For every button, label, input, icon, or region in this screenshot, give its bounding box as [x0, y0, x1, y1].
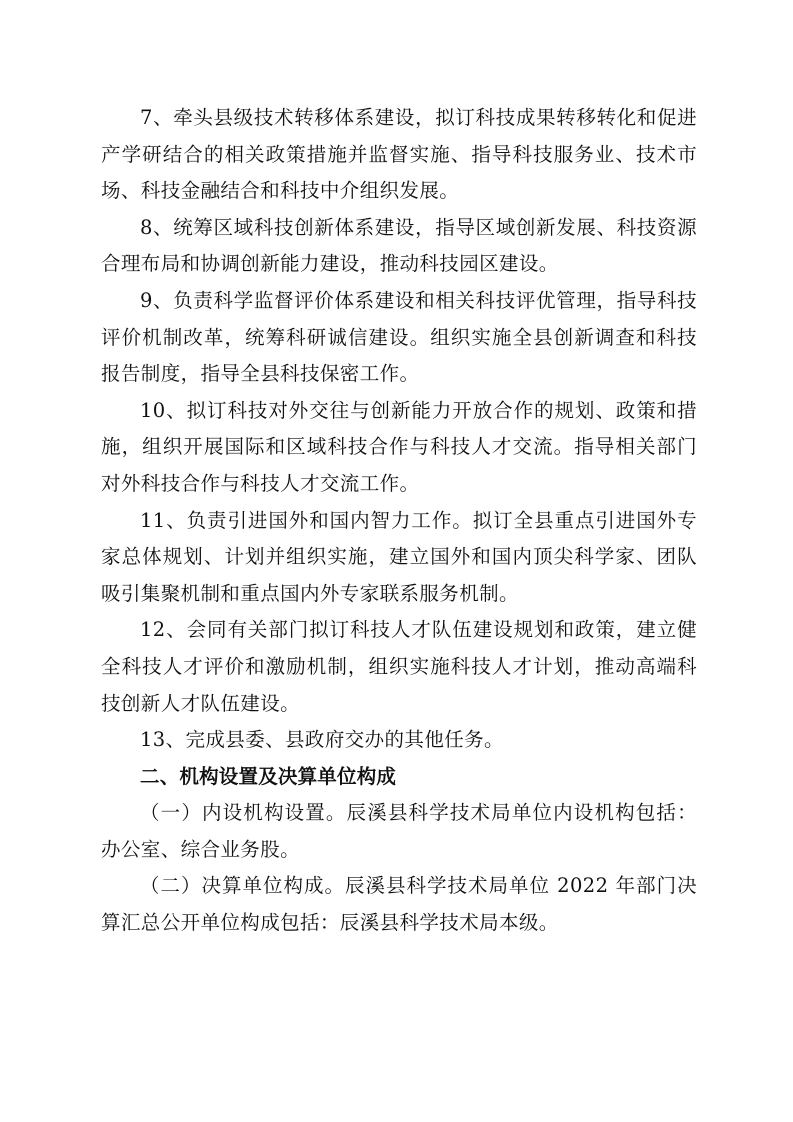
duty-item-8: 8、统筹区域科技创新体系建设，指导区域创新发展、科技资源合理布局和协调创新能力建… — [101, 210, 697, 283]
duty-item-11: 11、负责引进国外和国内智力工作。拟订全县重点引进国外专家总体规划、计划并组织实… — [101, 503, 697, 613]
duty-item-9: 9、负责科学监督评价体系建设和相关科技评优管理，指导科技评价机制改革，统筹科研诚… — [101, 283, 697, 393]
duty-item-13: 13、完成县委、县政府交办的其他任务。 — [101, 722, 697, 759]
budget-unit-paragraph: （二）决算单位构成。辰溪县科学技术局单位 2022 年部门决算汇总公开单位构成包… — [101, 868, 697, 941]
section-heading: 二、机构设置及决算单位构成 — [101, 759, 697, 796]
document-page: 7、牵头县级技术转移体系建设，拟订科技成果转移转化和促进产学研结合的相关政策措施… — [101, 100, 697, 942]
duty-item-12: 12、会同有关部门拟订科技人才队伍建设规划和政策，建立健全科技人才评价和激励机制… — [101, 612, 697, 722]
internal-structure-paragraph: （一）内设机构设置。辰溪县科学技术局单位内设机构包括：办公室、综合业务股。 — [101, 795, 697, 868]
duty-item-7: 7、牵头县级技术转移体系建设，拟订科技成果转移转化和促进产学研结合的相关政策措施… — [101, 100, 697, 210]
duty-item-10: 10、拟订科技对外交往与创新能力开放合作的规划、政策和措施，组织开展国际和区域科… — [101, 393, 697, 503]
